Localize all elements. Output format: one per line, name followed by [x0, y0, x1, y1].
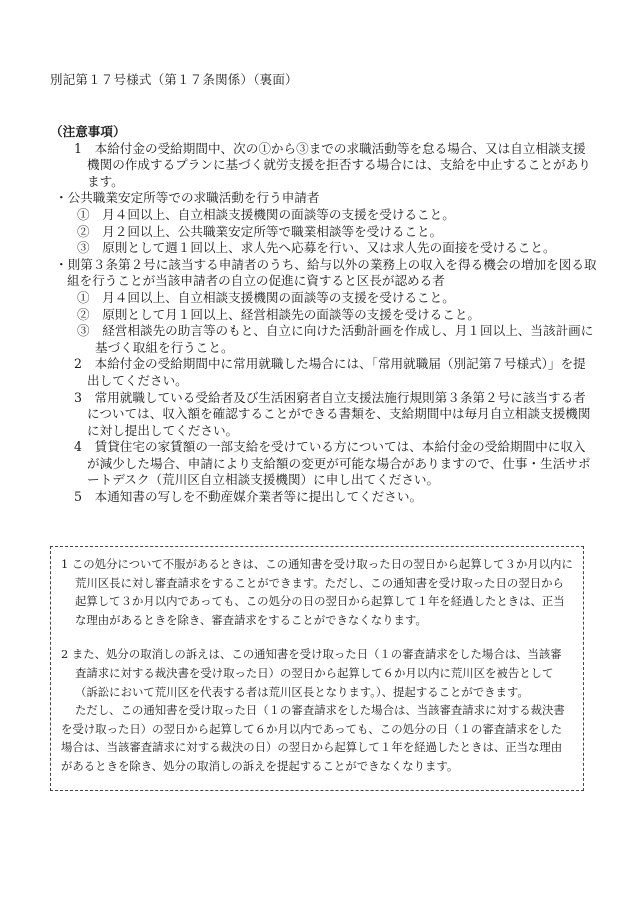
notes-section: （注意事項） 1 本給付金の受給期間中、次の①から③までの求職活動等を怠る場合、…: [52, 124, 597, 506]
appeal-paragraph-2-continued: ただし、この通知書を受け取った日（１の審査請求をした場合は、当該審査請求に対する…: [61, 701, 573, 775]
group-b-item-2: ② 原則として月１回以上、経営相談先の面談等の支援を受けること。: [65, 307, 597, 324]
appeal-paragraph-1: 1 この処分について不服があるときは、この通知書を受け取った日の翌日から起算して…: [61, 555, 573, 629]
note-item-1: 1 本給付金の受給期間中、次の①から③までの求職活動等を怠る場合、又は自立相談支…: [65, 141, 597, 191]
notes-title: （注意事項）: [50, 124, 597, 141]
group-b-heading: ・則第３条第２号に該当する申請者のうち、給与以外の業務上の収入を得る機会の増加を…: [55, 257, 597, 290]
note-item-5: 5 本通知書の写しを不動産媒介業者等に提出してください。: [65, 489, 597, 506]
group-b-item-3: ③ 経営相談先の助言等のもと、自立に向けた活動計画を作成し、月１回以上、当該計画…: [65, 323, 597, 356]
group-a-item-1: ① 月４回以上、自立相談支援機関の面談等の支援を受けること。: [65, 207, 597, 224]
group-a-heading: ・公共職業安定所等での求職活動を行う申請者: [55, 190, 597, 207]
form-identifier: 別記第１７号様式（第１７条関係）（裏面）: [50, 70, 298, 88]
appeal-notice-box: 1 この処分について不服があるときは、この通知書を受け取った日の翌日から起算して…: [50, 546, 584, 791]
group-a-item-2: ② 月２回以上、公共職業安定所等で職業相談等を受けること。: [65, 224, 597, 241]
note-item-4: 4 賃貸住宅の家賃額の一部支給を受けている方については、本給付金の受給期間中に収…: [65, 439, 597, 489]
group-b-item-1: ① 月４回以上、自立相談支援機関の面談等の支援を受けること。: [65, 290, 597, 307]
note-item-2: 2 本給付金の受給期間中に常用就職した場合には、「常用就職届（別記第７号様式）」…: [65, 356, 597, 389]
note-item-3: 3 常用就職している受給者及び生活困窮者自立支援法施行規則第３条第２号に該当する…: [65, 390, 597, 440]
group-a-item-3: ③ 原則として週１回以上、求人先へ応募を行い、又は求人先の面接を受けること。: [65, 240, 597, 257]
appeal-paragraph-2: 2 また、処分の取消しの訴えは、この通知書を受け取った日（１の審査請求をした場合…: [61, 645, 573, 701]
